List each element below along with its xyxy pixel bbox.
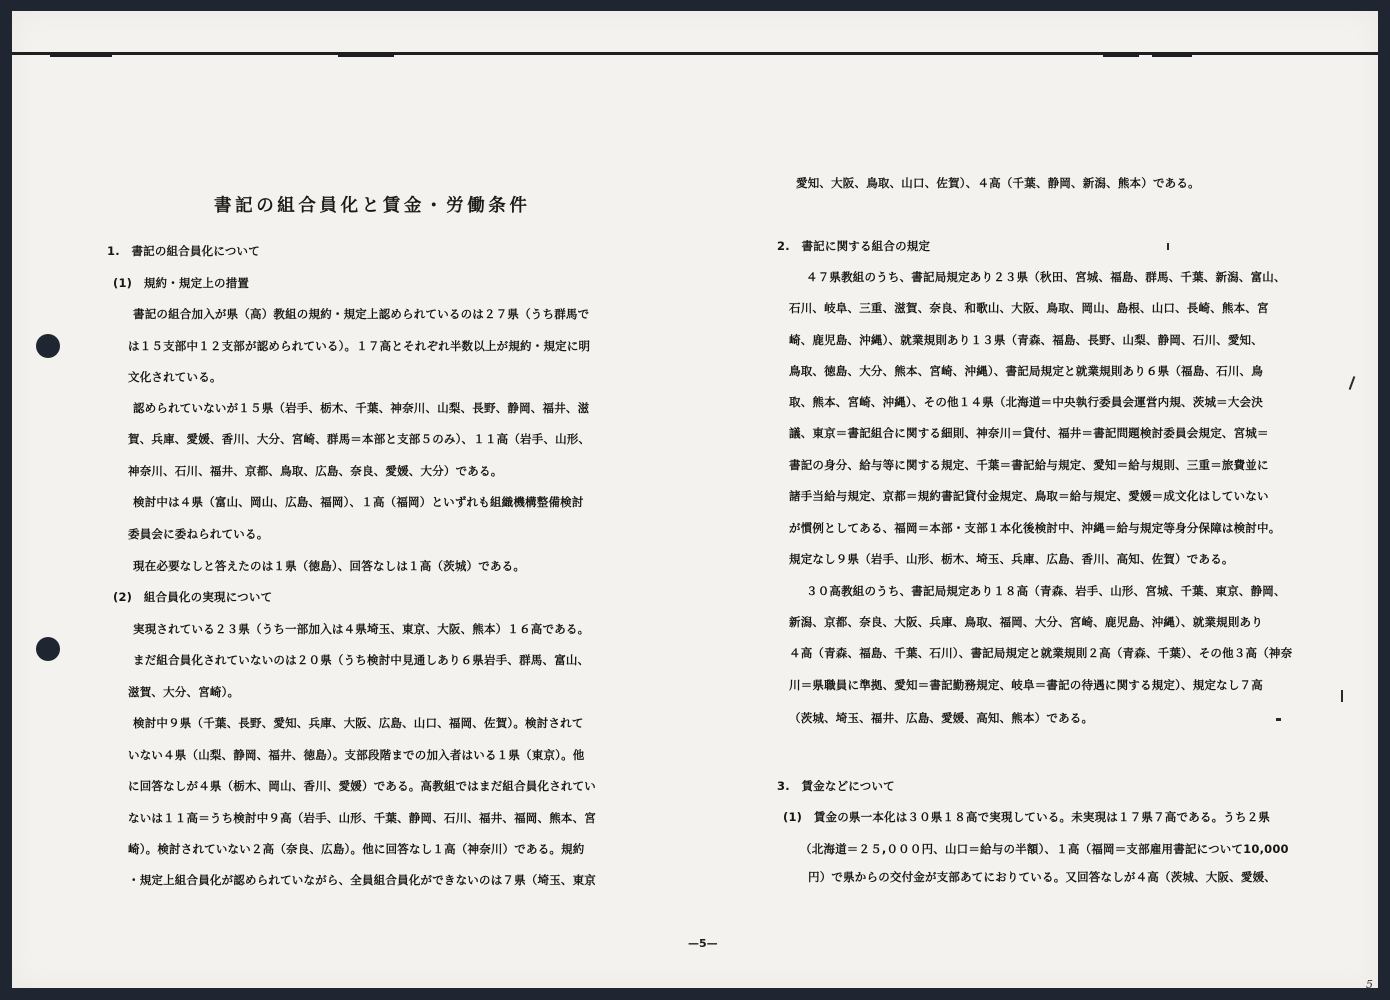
- scan-speck: [1276, 718, 1281, 721]
- text-line: 規定なし９県（岩手、山形、栃木、埼玉、兵庫、広島、香川、高知、佐賀）である。: [789, 552, 1234, 566]
- text-line: 検討中９県（千葉、長野、愛知、兵庫、大阪、広島、山口、福岡、佐賀）。検討されて: [133, 716, 584, 730]
- text-line: 検討中は４県（富山、岡山、広島、福岡）、１高（福岡）といずれも組織機構整備検討: [133, 495, 584, 509]
- binder-hole-bottom: [36, 637, 60, 661]
- text-line: 取、熊本、宮崎、沖縄）、その他１４県（北海道＝中央執行委員会運営内規、茨城＝大会…: [789, 395, 1263, 409]
- text-line: ３０高教組のうち、書記局規定あり１８高（青森、岩手、山形、宮城、千葉、東京、静岡…: [806, 584, 1286, 598]
- text-line: 現在必要なしと答えたのは１県（徳島）、回答なしは１高（茨城）である。: [133, 559, 525, 573]
- text-line: 2. 書記に関する組合の規定: [777, 239, 930, 253]
- text-line: 1. 書記の組合員化について: [107, 244, 260, 258]
- text-line: まだ組合員化されていないのは２０県（うち検討中見通しあり６県岩手、群馬、富山、: [133, 653, 589, 667]
- text-line: (2) 組合員化の実現について: [113, 590, 272, 604]
- scan-speck: [1167, 243, 1169, 250]
- top-rule-divider: [12, 52, 1378, 55]
- text-line: 賀、兵庫、愛媛、香川、大分、宮崎、群馬＝本部と支部５のみ）、１１高（岩手、山形、: [128, 432, 590, 446]
- text-line: 委員会に委ねられている。: [128, 527, 268, 541]
- text-line: いない４県（山梨、静岡、福井、徳島）。支部段階までの加入者はいる１県（東京）。他: [128, 748, 585, 762]
- text-line: 崎）。検討されていない２高（奈良、広島）。他に回答なし１高（神奈川）である。規約: [128, 842, 585, 856]
- text-line: 実現されている２３県（うち一部加入は４県埼玉、東京、大阪、熊本）１６高である。: [133, 622, 589, 636]
- text-line: 円）で県からの交付金が支部あてにおりている。又回答なしが４高（茨城、大阪、愛媛、: [808, 870, 1276, 884]
- rule-tab: [50, 54, 112, 57]
- text-line: 神奈川、石川、福井、京都、鳥取、広島、奈良、愛媛、大分）である。: [128, 464, 502, 478]
- page-number: —5—: [688, 937, 718, 950]
- text-line: 愛知、大阪、鳥取、山口、佐賀）、４高（千葉、静岡、新潟、熊本）である。: [796, 176, 1200, 190]
- binder-hole-top: [36, 334, 60, 358]
- text-line: 崎、鹿児島、沖縄）、就業規則あり１３県（青森、福島、長野、山梨、静岡、石川、愛知…: [789, 333, 1263, 347]
- text-line: 3. 賃金などについて: [777, 779, 895, 793]
- text-line: ・規定上組合員化が認められていながら、全員組合員化ができないのは７県（埼玉、東京: [128, 873, 596, 887]
- text-line: ４７県教組のうち、書記局規定あり２３県（秋田、宮城、福島、群馬、千葉、新潟、富山…: [806, 270, 1286, 284]
- text-line: は１５支部中１２支部が認められている）。１７高とそれぞれ半数以上が規約・規定に明: [128, 339, 590, 353]
- text-line: 川＝県職員に準拠、愛知＝書記勤務規定、岐阜＝書記の待遇に関する規定）、規定なし７…: [789, 678, 1263, 692]
- text-line: (1) 賃金の県一本化は３０県１８高で実現している。未実現は１７県７高である。う…: [783, 810, 1270, 824]
- rule-tab: [338, 54, 394, 57]
- text-line: 議、東京＝書記組合に関する細則、神奈川＝貸付、福井＝書記問題検討委員会規定、宮城…: [789, 426, 1269, 440]
- text-line: 鳥取、徳島、大分、熊本、宮崎、沖縄）、書記局規定と就業規則あり６県（福島、石川、…: [789, 364, 1263, 378]
- handwritten-page-mark: 5: [1366, 978, 1373, 991]
- text-line: （北海道＝２５,０００円、山口＝給与の半額）、１高（福岡＝支部雇用書記について1…: [800, 842, 1289, 856]
- document-page: 書記の組合員化と賃金・労働条件 1. 書記の組合員化について(1) 規約・規定上…: [12, 11, 1378, 988]
- scan-speck: [1341, 690, 1343, 702]
- document-title: 書記の組合員化と賃金・労働条件: [214, 192, 531, 217]
- scan-speck: [1349, 376, 1356, 390]
- rule-tab: [1103, 54, 1139, 57]
- text-line: ないは１１高＝うち検討中９高（岩手、山形、千葉、静岡、石川、福井、福岡、熊本、宮: [128, 811, 596, 825]
- text-line: 諸手当給与規定、京都＝規約書記貸付金規定、鳥取＝給与規定、愛媛＝成文化はしていな…: [789, 489, 1269, 503]
- text-line: （茨城、埼玉、福井、広島、愛媛、高知、熊本）である。: [789, 711, 1093, 725]
- rule-tab: [1152, 54, 1192, 57]
- text-line: 石川、岐阜、三重、滋賀、奈良、和歌山、大阪、鳥取、岡山、島根、山口、長崎、熊本、…: [789, 301, 1269, 315]
- text-line: に回答なしが４県（栃木、岡山、香川、愛媛）である。高教組ではまだ組合員化されてい: [128, 779, 596, 793]
- text-line: 新潟、京都、奈良、大阪、兵庫、鳥取、福岡、大分、宮崎、鹿児島、沖縄）、就業規則あ…: [789, 615, 1263, 629]
- text-line: 滋賀、大分、宮崎）。: [128, 685, 239, 699]
- text-line: ４高（青森、福島、千葉、石川）、書記局規定と就業規則２高（青森、千葉）、その他３…: [789, 646, 1292, 660]
- text-line: 認められていないが１５県（岩手、栃木、千葉、神奈川、山梨、長野、静岡、福井、滋: [133, 401, 589, 415]
- text-line: 書記の身分、給与等に関する規定、千葉＝書記給与規定、愛知＝給与規則、三重＝旅費並…: [789, 458, 1269, 472]
- text-line: が慣例としてある、福岡＝本部・支部１本化後検討中、沖縄＝給与規定等身分保障は検討…: [789, 521, 1280, 535]
- text-line: 書記の組合加入が県（高）教組の規約・規定上認められているのは２７県（うち群馬で: [133, 307, 589, 321]
- text-line: (1) 規約・規定上の措置: [113, 276, 249, 290]
- text-line: 文化されている。: [128, 370, 222, 384]
